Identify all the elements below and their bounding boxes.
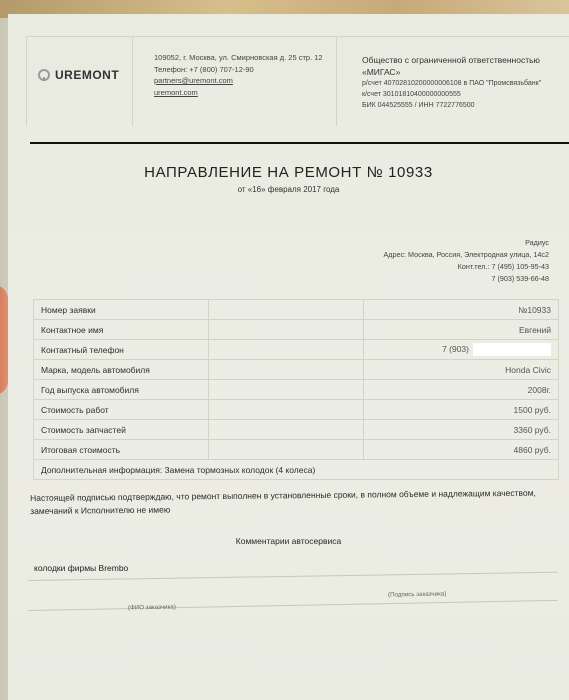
name-caption: (ФИО заказчика) (128, 604, 176, 612)
email-link[interactable]: partners@uremont.com (154, 75, 323, 87)
row-value: 2008г. (364, 380, 559, 400)
corr-account: к/счет 30101810400000000555 (362, 89, 541, 100)
header-divider (132, 36, 133, 126)
row-value-text: Honda Civic (505, 365, 551, 375)
row-value: №10933 (364, 300, 559, 320)
address: 109052, г. Москва, ул. Смирновская д. 25… (154, 52, 323, 64)
row-value-text: 3360 руб. (514, 425, 551, 435)
table-row: Марка, модель автомобиляHonda Civic (34, 360, 559, 380)
table-row: Итоговая стоимость4860 руб. (34, 440, 559, 460)
row-value-text: 1500 руб. (514, 405, 551, 415)
table-row: Стоимость запчастей3360 руб. (34, 420, 559, 440)
finger-holding-page (0, 285, 8, 395)
row-label: Стоимость запчастей (34, 420, 209, 440)
document-page: UREMONT 109052, г. Москва, ул. Смирновск… (8, 14, 569, 700)
document-date: от «16» февраля 2017 года (8, 185, 569, 194)
signature-caption: (Подпись заказчика) (388, 590, 447, 598)
row-label: Контактное имя (34, 320, 209, 340)
additional-info: Дополнительная информация: Замена тормоз… (34, 460, 559, 480)
bik-inn: БИК 044525555 / ИНН 7722776500 (362, 100, 541, 111)
row-value: 3360 руб. (364, 420, 559, 440)
header-border (26, 36, 569, 37)
signature-line (28, 600, 558, 611)
row-value: 1500 руб. (364, 400, 559, 420)
row-spacer (209, 360, 364, 380)
company-name: Общество с ограниченной ответственностью (362, 54, 541, 66)
row-value-text: Евгений (519, 325, 551, 335)
row-spacer (209, 380, 364, 400)
row-spacer (209, 300, 364, 320)
row-value: Honda Civic (364, 360, 559, 380)
contact-block: 109052, г. Москва, ул. Смирновская д. 25… (154, 52, 323, 98)
row-value-text: 4860 руб. (514, 445, 551, 455)
company-short-name: «МИГАС» (362, 66, 541, 78)
header-divider (336, 36, 337, 126)
row-label: Итоговая стоимость (34, 440, 209, 460)
table-row-additional-info: Дополнительная информация: Замена тормоз… (34, 460, 559, 480)
phone: Телефон: +7 (800) 707-12-90 (154, 64, 323, 76)
table-row: Год выпуска автомобиля2008г. (34, 380, 559, 400)
comment-line (28, 572, 558, 581)
website-link[interactable]: uremont.com (154, 87, 323, 99)
row-spacer (209, 400, 364, 420)
service-phone: Конт.тел.: 7 (495) 105-95-43 (383, 261, 549, 273)
repair-details-table: Номер заявки№10933Контактное имяЕвгенийК… (33, 299, 559, 480)
row-label: Год выпуска автомобиля (34, 380, 209, 400)
redacted-phone (473, 343, 551, 356)
row-value: 4860 руб. (364, 440, 559, 460)
row-value-text: №10933 (518, 305, 551, 315)
service-address: Адрес: Москва, Россия, Электродная улица… (383, 249, 549, 261)
table-row: Стоимость работ1500 руб. (34, 400, 559, 420)
service-info: Радиус Адрес: Москва, Россия, Электродна… (383, 237, 549, 285)
comments-heading: Комментарии автосервиса (8, 536, 569, 546)
table-row: Контактное имяЕвгений (34, 320, 559, 340)
table-row: Контактный телефон7 (903) (34, 340, 559, 360)
header-divider (26, 36, 27, 126)
row-value-text: 7 (903) (442, 344, 469, 354)
row-label: Марка, модель автомобиля (34, 360, 209, 380)
row-label: Стоимость работ (34, 400, 209, 420)
page-title: НАПРАВЛЕНИЕ НА РЕМОНТ № 10933 (8, 164, 569, 181)
service-comment: колодки фирмы Brembo (34, 563, 128, 573)
uremont-logo-icon (38, 69, 50, 81)
service-phone-2: 7 (903) 539-66-48 (383, 273, 549, 285)
company-block: Общество с ограниченной ответственностью… (362, 54, 541, 111)
row-label: Контактный телефон (34, 340, 209, 360)
confirmation-text: Настоящей подписью подтверждаю, что ремо… (30, 487, 550, 518)
logo-text: UREMONT (55, 68, 119, 82)
row-value-text: 2008г. (528, 385, 551, 395)
table-row: Номер заявки№10933 (34, 300, 559, 320)
row-spacer (209, 320, 364, 340)
row-label: Номер заявки (34, 300, 209, 320)
letterhead: UREMONT 109052, г. Москва, ул. Смирновск… (26, 36, 569, 126)
logo: UREMONT (38, 68, 119, 82)
bank-account: р/счет 40702810200000006108 в ПАО "Промс… (362, 78, 541, 89)
row-spacer (209, 340, 364, 360)
row-value: Евгений (364, 320, 559, 340)
service-name: Радиус (383, 237, 549, 249)
row-value: 7 (903) (364, 340, 559, 360)
row-spacer (209, 420, 364, 440)
row-spacer (209, 440, 364, 460)
header-rule (30, 142, 569, 144)
